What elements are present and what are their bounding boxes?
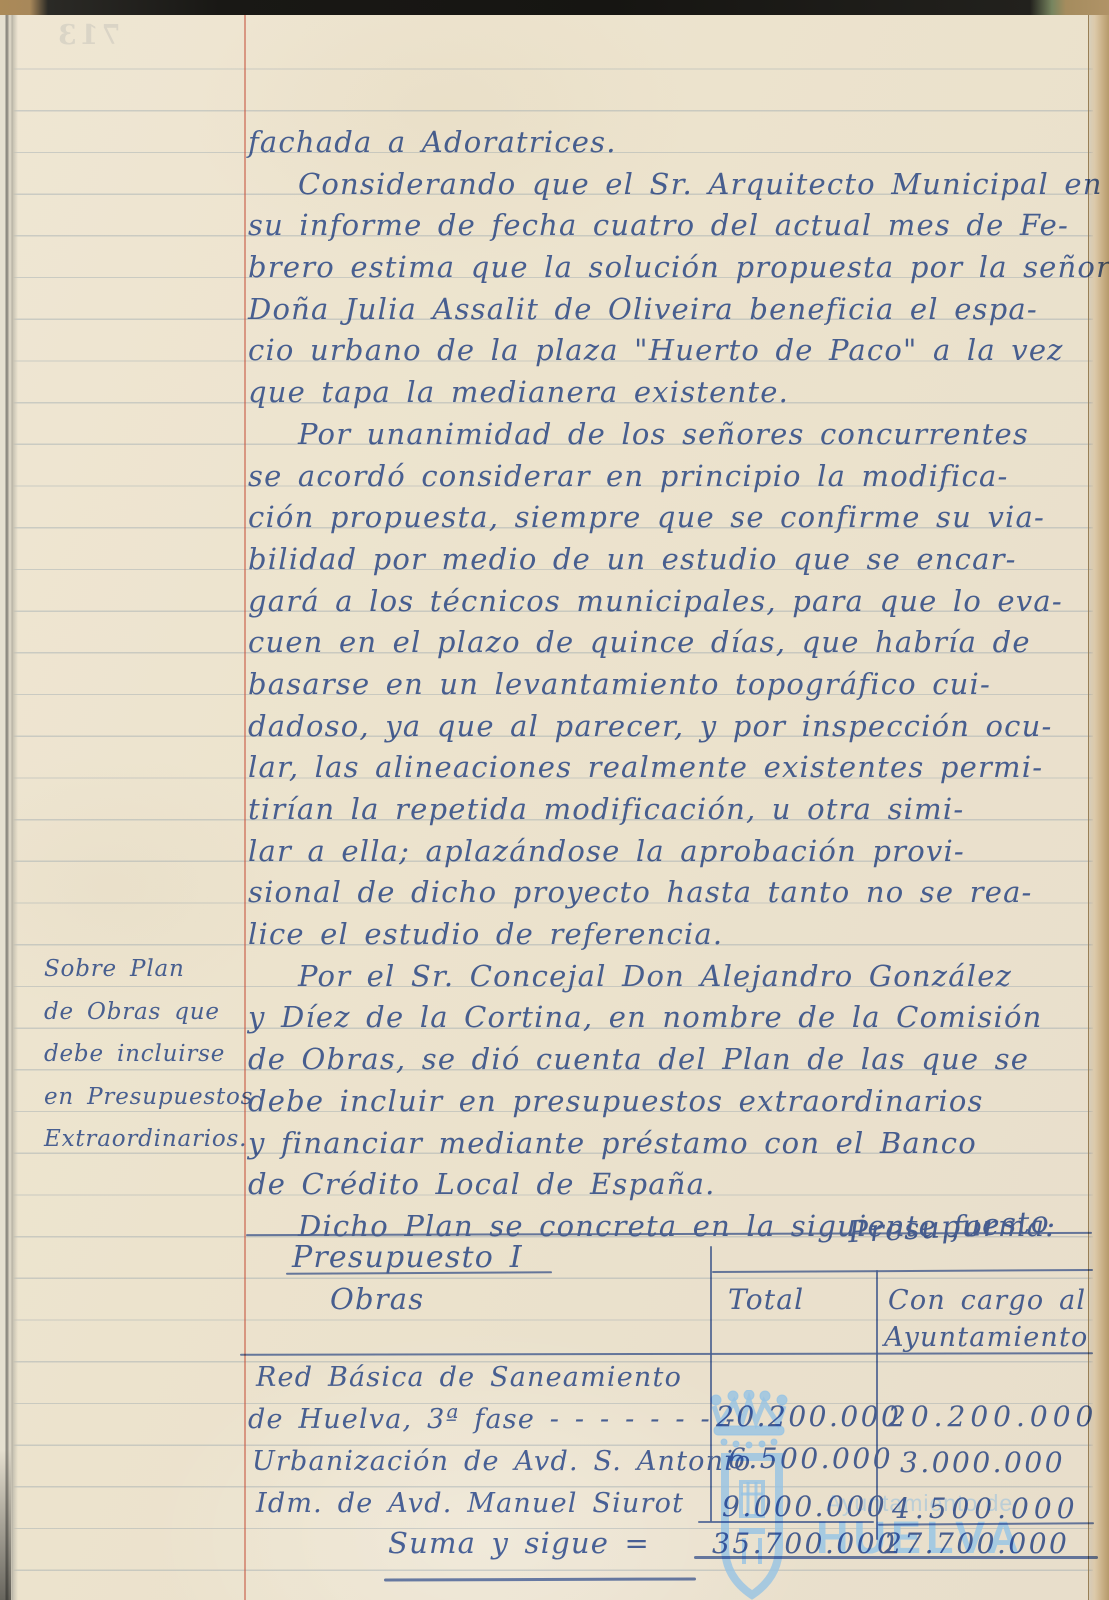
margin-note: Sobre Plan de Obras que debe incluirse e… [44,948,253,1161]
body-line: y Díez de la Cortina, en nombre de la Co… [248,997,1093,1039]
body-line: de Obras, se dió cuenta del Plan de las … [248,1039,1093,1081]
table-row-label: Urbanización de Avd. S. Antonio [252,1446,752,1477]
body-line: cuen en el plazo de quince días, que hab… [248,622,1093,664]
margin-note-line: Extraordinarios. [44,1118,253,1161]
body-line: basarse en un levantamiento topográfico … [248,664,1093,706]
body-line: Por el Sr. Concejal Don Alejandro Gonzál… [248,956,1093,998]
body-line: cio urbano de la plaza "Huerto de Paco" … [248,330,1093,372]
table-row-total: 9.000.000 [722,1490,887,1523]
body-line: lice el estudio de referencia. [248,914,1093,956]
body-line: dadoso, ya que al parecer, y por inspecc… [248,706,1093,748]
table-row-total: 6.500.000 [728,1442,893,1475]
body-line: gará a los técnicos municipales, para qu… [248,581,1093,623]
sum-separator-left [698,1521,874,1523]
ink-layer: Sobre Plan de Obras que debe incluirse e… [0,0,1109,1600]
margin-note-line: Sobre Plan [44,948,253,991]
body-line: su informe de fecha cuatro del actual me… [248,205,1093,247]
body-line: ción propuesta, siempre que se confirme … [248,497,1093,539]
body-line: se acordó considerar en principio la mod… [248,456,1093,498]
table-row-cargo: 3.000.000 [900,1446,1065,1479]
table-row-cargo: 20.200.000 [888,1400,1098,1433]
body-line: sional de dicho proyecto hasta tanto no … [248,872,1093,914]
sum-row-label: Suma y sigue = [388,1526,650,1560]
body-line: lar a ella; aplazándose la aprobación pr… [248,831,1093,873]
sum-bottom-line [694,1556,1098,1559]
table-section-title: Presupuesto I [292,1240,523,1275]
body-line: fachada a Adoratrices. [248,122,1093,164]
scanned-minutes-page: 713 Ayuntamiento de HUELVA Sobre Plan [0,0,1109,1600]
body-line: Considerando que el Sr. Arquitecto Munic… [248,164,1093,206]
body-line: de Crédito Local de España. [248,1164,1093,1206]
sum-label-underline [384,1577,696,1581]
table-header-line [712,1269,1093,1273]
body-line: tirían la repetida modificación, u otra … [248,789,1093,831]
table-row-label: de Huelva, 3ª fase - - - - - - - - [248,1404,736,1435]
margin-note-line: en Presupuestos [44,1076,253,1119]
table-vertical-divider-1 [710,1246,712,1522]
body-line: que tapa la medianera existente. [248,372,1093,414]
table-row-cargo: 4.500.000 [892,1492,1080,1525]
body-line: debe incluir en presupuestos extraordina… [248,1081,1093,1123]
table-row-label: Idm. de Avd. Manuel Siurot [256,1488,684,1519]
body-line: y financiar mediante préstamo con el Ban… [248,1123,1093,1165]
sum-separator-right [878,1522,1094,1526]
margin-note-line: de Obras que [44,991,253,1034]
table-col-obras-header: Obras [330,1282,424,1316]
table-row-total: 20.200.000 [716,1400,901,1433]
body-line: Por unanimidad de los señores concurrent… [248,414,1093,456]
body-line: brero estima que la solución propuesta p… [248,247,1093,289]
table-row-label: Red Básica de Saneamiento [256,1362,682,1393]
table-col-total-header: Total [728,1283,804,1316]
body-line: Doña Julia Assalit de Oliveira beneficia… [248,289,1093,331]
table-full-width-line [240,1352,1093,1355]
manuscript-body: fachada a Adoratrices. Considerando que … [248,122,1093,1248]
body-line: bilidad por medio de un estudio que se e… [248,539,1093,581]
table-col-cargo-header-line2: Ayuntamiento [884,1322,1089,1353]
margin-note-line: debe incluirse [44,1033,253,1076]
body-line: lar, las alineaciones realmente existent… [248,747,1093,789]
table-col-cargo-header-line1: Con cargo al [888,1285,1086,1316]
